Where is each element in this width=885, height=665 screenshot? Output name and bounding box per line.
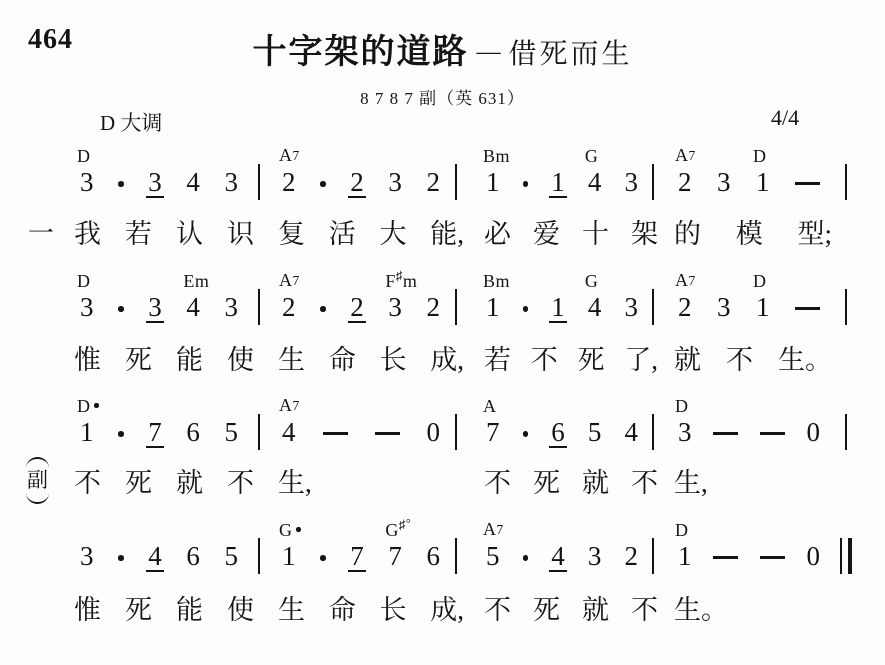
lyric-group: 惟死能使 — [74, 345, 254, 375]
augmentation-dot — [118, 431, 124, 437]
chord-label: D — [753, 147, 767, 165]
measure: 2A7232 — [282, 166, 440, 198]
lyric-syllable: 不 — [484, 595, 511, 625]
refrain-label: 副 — [27, 468, 48, 493]
augmentation-dot — [320, 306, 326, 312]
extension-dash — [760, 432, 785, 435]
augmentation-dot — [118, 555, 124, 561]
lyric-syllable: 识 — [227, 219, 254, 249]
chord-label: Em — [183, 272, 209, 290]
bracket-bottom-arc — [26, 493, 49, 504]
lyric-syllable: 不 — [726, 345, 753, 375]
note: 2A7 — [282, 167, 296, 197]
measure: 1Bm14G3 — [486, 291, 638, 323]
note: 4 — [551, 541, 565, 571]
lyric-group: 的模型; — [674, 219, 832, 249]
chord-label: D — [77, 272, 91, 290]
barline — [258, 414, 260, 450]
measure: 3D343 — [80, 166, 238, 198]
barline — [845, 414, 847, 450]
note: 2A7 — [678, 167, 692, 197]
chord-label: A7 — [279, 396, 300, 415]
song-subtitle: 借死而生 — [508, 39, 632, 70]
note: 2A7 — [678, 292, 692, 322]
chord-label: A7 — [675, 271, 696, 290]
chord-label: D — [77, 397, 91, 415]
note: 1D — [756, 167, 770, 197]
lyric-syllable: 生 — [278, 345, 305, 375]
barline — [845, 289, 847, 325]
note: 3 — [588, 541, 602, 571]
augmentation-dot — [118, 306, 124, 312]
lyric-syllable: 我 — [74, 219, 101, 249]
barline — [258, 538, 260, 574]
chord-label: D — [77, 147, 91, 165]
lyric-group: 不死就不 — [74, 468, 254, 498]
lyric-syllable: 命 — [329, 595, 356, 625]
lyric-syllable: 不 — [484, 468, 511, 498]
chord-label: D — [675, 521, 689, 539]
lyric-group: 就不生。 — [674, 345, 832, 375]
lyric-syllable: 就 — [176, 468, 203, 498]
note: 6 — [427, 541, 441, 571]
note: 4A7 — [282, 417, 296, 447]
lyric-syllable: 死 — [578, 345, 605, 375]
lyric-syllable: 复 — [278, 219, 305, 249]
note: 7G♯° — [388, 541, 402, 571]
note: 5 — [588, 417, 602, 447]
music-line: 34651G77G♯°65A74321D0 — [0, 540, 885, 580]
note: 4G — [588, 167, 602, 197]
final-barline — [848, 538, 852, 574]
lyric-syllable: 必 — [484, 219, 511, 249]
chord-label: Bm — [483, 147, 510, 165]
chord-label: A7 — [279, 271, 300, 290]
chord-label: A7 — [279, 146, 300, 165]
lyric-syllable: 就 — [582, 468, 609, 498]
lyric-group: 若不死了, — [484, 345, 658, 375]
lyric-line: 惟死能使生命长成,若不死了,就不生。 — [0, 345, 885, 379]
lyric-syllable: 活 — [329, 219, 356, 249]
measure: 1D0 — [678, 540, 820, 572]
measure: 1G77G♯°6 — [282, 540, 440, 572]
lyric-syllable: 死 — [125, 345, 152, 375]
measure: 2A731D — [678, 166, 820, 198]
sharp-sign: ♯ — [396, 268, 403, 283]
augmentation-dot — [523, 431, 529, 437]
time-signature: 4/4 — [771, 105, 799, 131]
lyric-syllable: 不 — [631, 595, 658, 625]
lyric-syllable: 能, — [430, 219, 464, 249]
measure: 4A70 — [282, 416, 440, 448]
lyric-syllable: 了, — [624, 345, 658, 375]
note: 3D — [80, 167, 94, 197]
note: 4G — [588, 292, 602, 322]
note: 3 — [625, 292, 639, 322]
note: 4 — [625, 417, 639, 447]
extension-dash — [795, 307, 820, 310]
lyric-syllable: 生 — [278, 595, 305, 625]
lyric-syllable: 死 — [125, 468, 152, 498]
lyric-group: 惟死能使 — [74, 595, 254, 625]
note: 3 — [625, 167, 639, 197]
lyric-group: 不死就不 — [484, 595, 658, 625]
lyric-group: 生, — [278, 468, 312, 498]
final-barline — [840, 538, 842, 574]
note: 2 — [350, 292, 364, 322]
lyric-line: 惟死能使生命长成,不死就不生。 — [0, 595, 885, 629]
lyric-syllable: 长 — [380, 345, 407, 375]
augmentation-dot — [118, 181, 124, 187]
lyric-syllable: 惟 — [74, 595, 101, 625]
note: 2 — [625, 541, 639, 571]
chord-label: A — [483, 397, 497, 415]
lyric-syllable: 死 — [125, 595, 152, 625]
lyric-group: 复活大能, — [278, 219, 464, 249]
extension-dash — [375, 432, 400, 435]
extension-dash — [760, 556, 785, 559]
chord-label: G — [279, 521, 293, 539]
lyric-syllable: 就 — [582, 595, 609, 625]
music-line: 1D7654A707A6543D0 — [0, 416, 885, 456]
lyric-syllable: 大 — [380, 219, 407, 249]
note: 3 — [80, 541, 94, 571]
augmentation-dot — [523, 555, 529, 561]
lyric-syllable: 成, — [430, 345, 464, 375]
lyric-line: 副不死就不生,不死就不生, — [0, 468, 885, 502]
note: 2 — [350, 167, 364, 197]
note: 3 — [717, 167, 731, 197]
lyric-group: 必爱十架 — [484, 219, 658, 249]
extension-dash — [323, 432, 348, 435]
lyric-group: 生命长成, — [278, 595, 464, 625]
measure: 3D34Em3 — [80, 291, 238, 323]
note: 7 — [350, 541, 364, 571]
octave-dot — [296, 527, 301, 532]
extension-dash — [713, 556, 738, 559]
chord-seventh: 7 — [293, 273, 300, 288]
lyric-group: 我若认识 — [74, 219, 254, 249]
lyric-syllable: 模 — [736, 219, 763, 249]
chord-label: G — [585, 147, 599, 165]
lyric-syllable: 型; — [797, 219, 832, 249]
note: 0 — [806, 417, 820, 447]
barline — [652, 164, 654, 200]
chord-seventh: 7 — [689, 148, 696, 163]
sharp-sign: ♯ — [399, 517, 406, 532]
note: 5A7 — [486, 541, 500, 571]
lyric-syllable: 成, — [430, 595, 464, 625]
augmentation-dot — [320, 181, 326, 187]
lyric-syllable: 生, — [674, 468, 708, 498]
lyric-syllable: 若 — [484, 345, 511, 375]
chord-seventh: 7 — [293, 148, 300, 163]
note: 3D — [80, 292, 94, 322]
note: 0 — [427, 417, 441, 447]
note: 1G — [282, 541, 296, 571]
meter-info: 8 7 8 7 副（英 631） — [0, 84, 885, 109]
lyric-syllable: 能 — [176, 595, 203, 625]
lyric-syllable: 死 — [533, 595, 560, 625]
note: 3 — [225, 167, 239, 197]
measure: 1Bm14G3 — [486, 166, 638, 198]
key-signature: D 大调 — [100, 107, 162, 137]
note: 4Em — [186, 292, 200, 322]
lyric-syllable: 惟 — [74, 345, 101, 375]
measure: 3D0 — [678, 416, 820, 448]
note: 0 — [806, 541, 820, 571]
lyric-syllable: 认 — [176, 219, 203, 249]
chord-label: D — [753, 272, 767, 290]
lyric-line: 一我若认识复活大能,必爱十架的模型; — [0, 219, 885, 253]
measure: 2A723F♯m2 — [282, 291, 440, 323]
measure: 7A654 — [486, 416, 638, 448]
barline — [455, 289, 457, 325]
lyric-syllable: 若 — [125, 219, 152, 249]
lyric-syllable: 不 — [631, 468, 658, 498]
lyric-syllable: 使 — [227, 595, 254, 625]
note: 1D — [678, 541, 692, 571]
note: 5 — [225, 417, 239, 447]
lyric-syllable: 生。 — [778, 345, 832, 375]
lyric-group: 不死就不 — [484, 468, 658, 498]
note: 2A7 — [282, 292, 296, 322]
music-line: 3D34Em32A723F♯m21Bm14G32A731D — [0, 291, 885, 331]
chord-label: Bm — [483, 272, 510, 290]
note: 7A — [486, 417, 500, 447]
note: 3F♯m — [388, 292, 402, 322]
lyric-syllable: 十 — [582, 219, 609, 249]
lyric-syllable: 不 — [227, 468, 254, 498]
note: 3D — [678, 417, 692, 447]
lyric-syllable: 不 — [74, 468, 101, 498]
lyric-group: 生, — [674, 468, 708, 498]
note: 4 — [148, 541, 162, 571]
chord-seventh: 7 — [689, 273, 696, 288]
barline — [845, 164, 847, 200]
measure: 1D765 — [80, 416, 238, 448]
barline — [258, 164, 260, 200]
barline — [455, 414, 457, 450]
chord-label: D — [675, 397, 689, 415]
octave-dot — [94, 403, 99, 408]
lyric-syllable: 死 — [533, 468, 560, 498]
chord-label: F♯m — [385, 267, 417, 290]
chord-seventh: 7 — [293, 398, 300, 413]
lyric-syllable: 不 — [531, 345, 558, 375]
bracket-top-arc — [26, 457, 49, 468]
lyric-group: 生命长成, — [278, 345, 464, 375]
note: 3 — [148, 167, 162, 197]
note: 2 — [427, 167, 441, 197]
note: 3 — [148, 292, 162, 322]
barline — [652, 289, 654, 325]
refrain-marker: 副 — [26, 457, 49, 504]
measure: 2A731D — [678, 291, 820, 323]
lyric-syllable: 生。 — [674, 595, 728, 625]
title-row: 十字架的道路—借死而生 — [0, 24, 885, 73]
note: 4 — [186, 167, 200, 197]
note: 7 — [148, 417, 162, 447]
augmentation-dot — [320, 555, 326, 561]
barline — [652, 538, 654, 574]
measure: 3465 — [80, 540, 238, 572]
diminished-sign: ° — [406, 516, 411, 530]
extension-dash — [713, 432, 738, 435]
lyric-syllable: 的 — [674, 219, 701, 249]
note: 1Bm — [486, 167, 500, 197]
note: 1D — [80, 417, 94, 447]
lyric-syllable: 能 — [176, 345, 203, 375]
note: 5 — [225, 541, 239, 571]
verse-number: 一 — [28, 219, 54, 249]
chord-seventh: 7 — [497, 522, 504, 537]
note: 1D — [756, 292, 770, 322]
lyric-syllable: 命 — [329, 345, 356, 375]
note: 6 — [186, 541, 200, 571]
lyric-syllable: 架 — [631, 219, 658, 249]
chord-label: A7 — [483, 520, 504, 539]
note: 1Bm — [486, 292, 500, 322]
lyric-syllable: 就 — [674, 345, 701, 375]
note: 6 — [186, 417, 200, 447]
note: 2 — [427, 292, 441, 322]
chord-label: G♯° — [385, 514, 411, 539]
title-dash: — — [476, 39, 500, 65]
lyric-syllable: 使 — [227, 345, 254, 375]
note: 3 — [225, 292, 239, 322]
augmentation-dot — [523, 181, 529, 187]
barline — [455, 538, 457, 574]
chord-label: A7 — [675, 146, 696, 165]
lyric-syllable: 生, — [278, 468, 312, 498]
note: 3 — [717, 292, 731, 322]
lyric-syllable: 长 — [380, 595, 407, 625]
note: 6 — [551, 417, 565, 447]
music-line: 3D3432A72321Bm14G32A731D — [0, 166, 885, 206]
lyric-syllable: 爱 — [533, 219, 560, 249]
song-title: 十字架的道路 — [252, 34, 468, 71]
note: 1 — [551, 292, 565, 322]
barline — [652, 414, 654, 450]
lyric-group: 生。 — [674, 595, 728, 625]
chord-label: G — [585, 272, 599, 290]
barline — [455, 164, 457, 200]
extension-dash — [795, 182, 820, 185]
hymn-page: { "page": { "number": "464", "title": "十… — [0, 0, 885, 665]
note: 3 — [388, 167, 402, 197]
note: 1 — [551, 167, 565, 197]
measure: 5A7432 — [486, 540, 638, 572]
barline — [258, 289, 260, 325]
augmentation-dot — [523, 306, 529, 312]
